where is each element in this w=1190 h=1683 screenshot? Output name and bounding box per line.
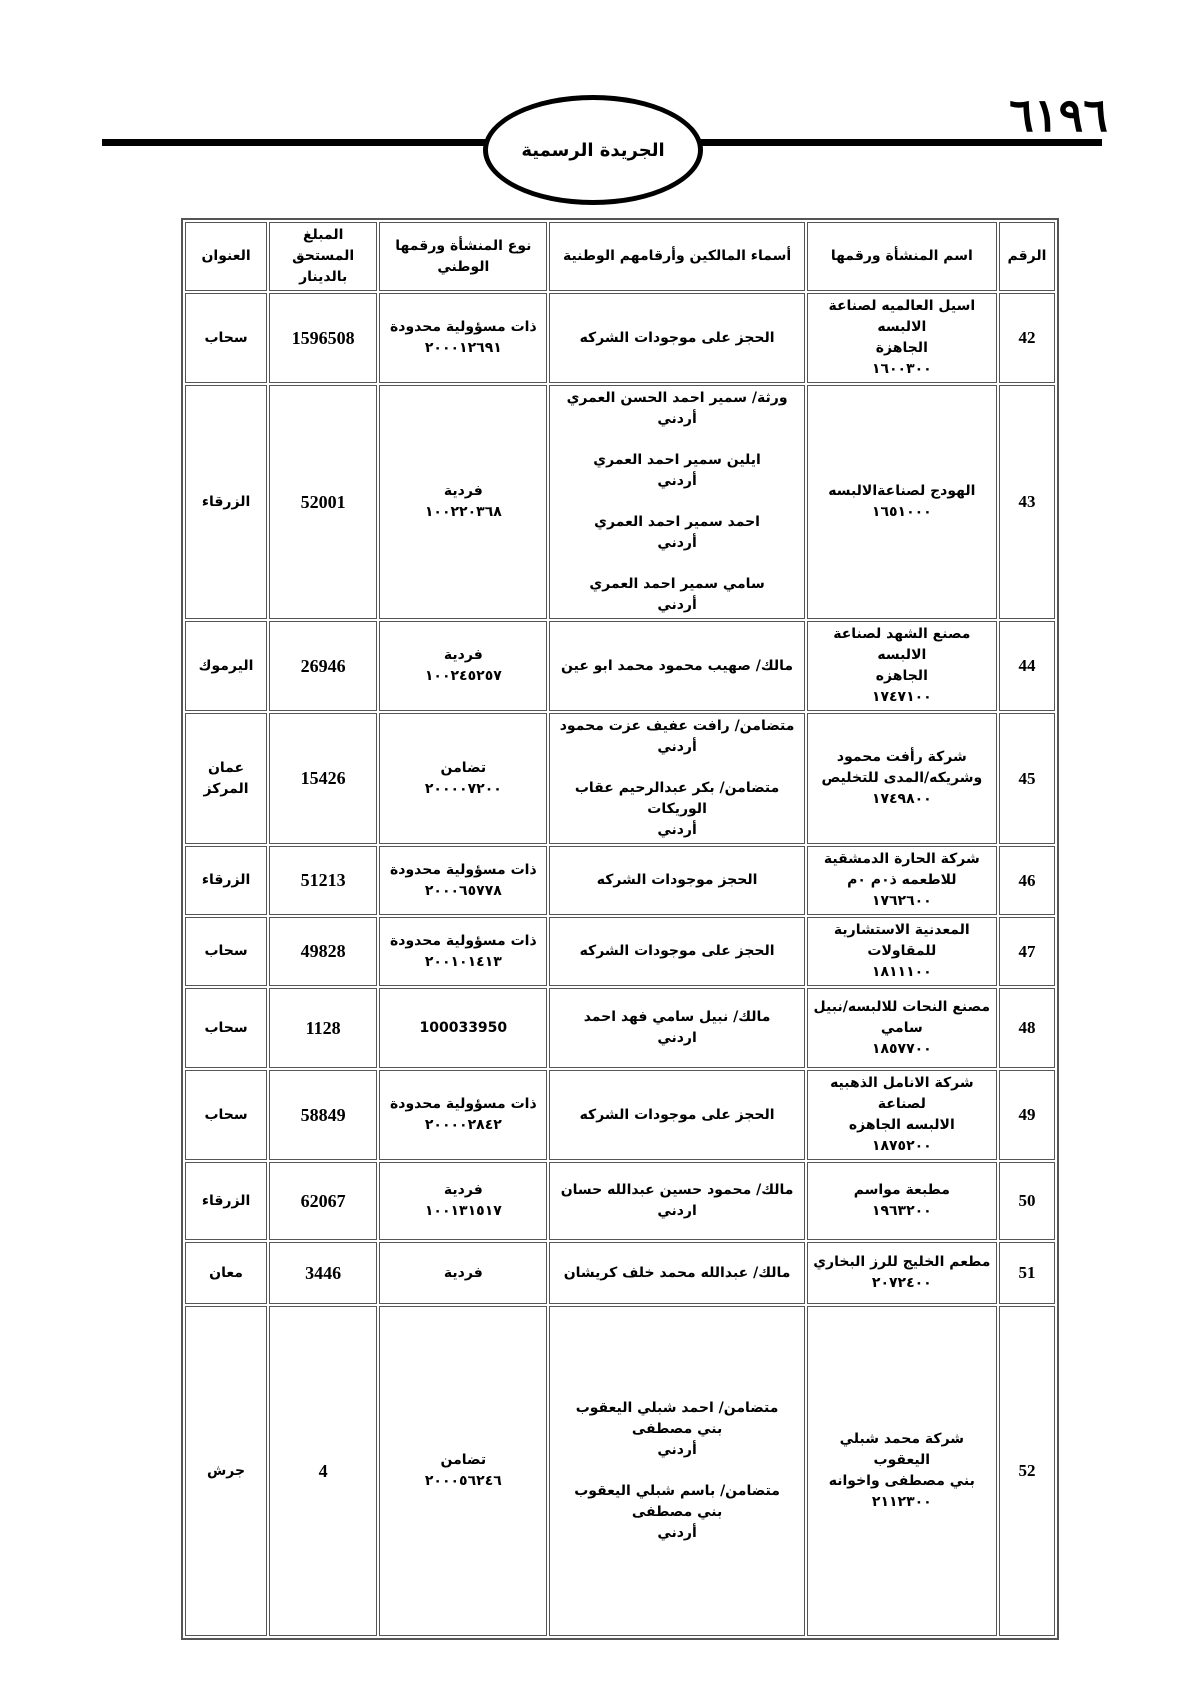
cell-line: ١٨٧٥٢٠٠: [812, 1136, 992, 1157]
row-number: 45: [999, 713, 1055, 844]
address: جرش: [185, 1306, 267, 1636]
establishment-type: تضامن٢٠٠٠٥٦٢٤٦: [379, 1306, 547, 1636]
cell-line: مالك/ نبيل سامي فهد احمد: [554, 1007, 799, 1028]
cell-line: سحاب: [190, 1105, 262, 1126]
address: الزرقاء: [185, 1162, 267, 1240]
cell-line: سامي: [812, 1018, 992, 1039]
cell-line: اردني: [554, 1028, 799, 1049]
cell-line: [554, 554, 799, 574]
cell-line: مطبعة مواسم: [812, 1180, 992, 1201]
address: معان: [185, 1242, 267, 1304]
cell-line: ٢٠٠٠٠٢٨٤٢: [384, 1115, 542, 1136]
cell-line: ورثة/ سمير احمد الحسن العمري: [554, 388, 799, 409]
establishments-table-container: الرقم اسم المنشأة ورقمها أسماء المالكين …: [181, 218, 1059, 1640]
cell-line: الزرقاء: [190, 492, 262, 513]
cell-line: الحجز على موجودات الشركه: [554, 1105, 799, 1126]
cell-line: [554, 1461, 799, 1481]
amount-due: 62067: [269, 1162, 377, 1240]
cell-line: أردني: [554, 820, 799, 841]
owners-names: مالك/ عبدالله محمد خلف كريشان: [549, 1242, 804, 1304]
establishment-name: شركة الحارة الدمشقيةللاطعمه ذ٠م ٠م١٧٦٢٦٠…: [807, 846, 997, 915]
amount-due: 1596508: [269, 293, 377, 383]
owners-names: الحجز موجودات الشركه: [549, 846, 804, 915]
cell-line: سحاب: [190, 941, 262, 962]
cell-line: اردني: [554, 1201, 799, 1222]
row-number: 43: [999, 385, 1055, 619]
cell-line: وشريكه/المدى للتخليص: [812, 768, 992, 789]
cell-line: الالبسه الجاهزه: [812, 1115, 992, 1136]
establishment-name: شركة محمد شبلي اليعقوببني مصطفى واخوانه٢…: [807, 1306, 997, 1636]
cell-line: ١٠٠٢٤٥٢٥٧: [384, 666, 542, 687]
table-row: 43الهودج لصناعةالالبسه١٦٥١٠٠٠ورثة/ سمير …: [185, 385, 1055, 619]
column-header-address: العنوان: [185, 222, 267, 291]
cell-line: ١٨١١١٠٠: [812, 962, 992, 983]
table-row: 45شركة رأفت محمودوشريكه/المدى للتخليص١٧٤…: [185, 713, 1055, 844]
table-row: 50مطبعة مواسم١٩٦٣٢٠٠مالك/ محمود حسين عبد…: [185, 1162, 1055, 1240]
address: عمانالمركز: [185, 713, 267, 844]
owners-names: الحجز على موجودات الشركه: [549, 917, 804, 986]
cell-line: تضامن: [384, 758, 542, 779]
establishment-name: شركة الانامل الذهبيه لصناعةالالبسه الجاه…: [807, 1070, 997, 1160]
cell-line: فردية: [384, 1180, 542, 1201]
cell-line: مالك/ صهيب محمود محمد ابو عين: [554, 656, 799, 677]
page-number: ٦١٩٦: [1009, 92, 1108, 138]
cell-line: ذات مسؤولية محدودة: [384, 860, 542, 881]
address: سحاب: [185, 917, 267, 986]
establishment-type: تضامن٢٠٠٠٠٧٢٠٠: [379, 713, 547, 844]
cell-line: ٢٠٠٠٦٥٧٧٨: [384, 881, 542, 902]
table-body: 42اسيل العالميه لصناعة الالبسهالجاهزة١٦٠…: [185, 293, 1055, 1636]
amount-due: 26946: [269, 621, 377, 711]
address: الزرقاء: [185, 385, 267, 619]
row-number: 51: [999, 1242, 1055, 1304]
cell-line: متضامن/ بكر عبدالرحيم عقاب الوريكات: [554, 778, 799, 820]
row-number: 48: [999, 988, 1055, 1068]
table-row: 42اسيل العالميه لصناعة الالبسهالجاهزة١٦٠…: [185, 293, 1055, 383]
cell-line: ٢٠٠٠٥٦٢٤٦: [384, 1471, 542, 1492]
column-header-amount: المبلغ المستحق بالدينار: [269, 222, 377, 291]
gazette-title: الجريدة الرسمية: [521, 140, 664, 161]
establishment-type: ذات مسؤولية محدودة٢٠٠٠٦٥٧٧٨: [379, 846, 547, 915]
cell-line: بني مصطفى واخوانه: [812, 1471, 992, 1492]
cell-line: متضامن/ احمد شبلي اليعقوب: [554, 1398, 799, 1419]
cell-line: الزرقاء: [190, 1191, 262, 1212]
establishment-name: مطبعة مواسم١٩٦٣٢٠٠: [807, 1162, 997, 1240]
amount-due: 3446: [269, 1242, 377, 1304]
cell-line: المعدنية الاستشارية: [812, 920, 992, 941]
address: اليرموك: [185, 621, 267, 711]
cell-line: سحاب: [190, 328, 262, 349]
row-number: 44: [999, 621, 1055, 711]
row-number: 49: [999, 1070, 1055, 1160]
row-number: 50: [999, 1162, 1055, 1240]
cell-line: [554, 758, 799, 778]
column-header-type: نوع المنشأة ورقمها الوطني: [379, 222, 547, 291]
cell-line: أردني: [554, 737, 799, 758]
cell-line: اسيل العالميه لصناعة الالبسه: [812, 296, 992, 338]
cell-line: معان: [190, 1263, 262, 1284]
cell-line: ٢٠٧٢٤٠٠: [812, 1273, 992, 1294]
table-row: 47المعدنية الاستشاريةللمقاولات١٨١١١٠٠الح…: [185, 917, 1055, 986]
cell-line: شركة الحارة الدمشقية: [812, 849, 992, 870]
cell-line: [554, 430, 799, 450]
owners-names: متضامن/ رافت عفيف عزت محمودأردنيمتضامن/ …: [549, 713, 804, 844]
establishment-type: ذات مسؤولية محدودة٢٠٠٠١٢٦٩١: [379, 293, 547, 383]
cell-line: تضامن: [384, 1450, 542, 1471]
cell-line: 100033950: [384, 1018, 542, 1039]
establishment-type: فردية١٠٠١٣١٥١٧: [379, 1162, 547, 1240]
row-number: 42: [999, 293, 1055, 383]
cell-line: فردية: [384, 645, 542, 666]
amount-due: 15426: [269, 713, 377, 844]
cell-line: ١٧٤٧١٠٠: [812, 687, 992, 708]
address: سحاب: [185, 988, 267, 1068]
column-header-establishment: اسم المنشأة ورقمها: [807, 222, 997, 291]
cell-line: بني مصطفى: [554, 1502, 799, 1523]
cell-line: ذات مسؤولية محدودة: [384, 931, 542, 952]
cell-line: ١٦٥١٠٠٠: [812, 502, 992, 523]
cell-line: أردني: [554, 471, 799, 492]
row-number: 52: [999, 1306, 1055, 1636]
cell-line: أردني: [554, 1523, 799, 1544]
cell-line: الحجز على موجودات الشركه: [554, 941, 799, 962]
establishment-type: فردية: [379, 1242, 547, 1304]
establishment-name: مصنع الشهد لصناعة الالبسهالجاهزه١٧٤٧١٠٠: [807, 621, 997, 711]
cell-line: مصنع الشهد لصناعة الالبسه: [812, 624, 992, 666]
establishment-type: ذات مسؤولية محدودة٢٠٠١٠١٤١٣: [379, 917, 547, 986]
establishment-type: فردية١٠٠٢٤٥٢٥٧: [379, 621, 547, 711]
cell-line: متضامن/ رافت عفيف عزت محمود: [554, 716, 799, 737]
table-header-row: الرقم اسم المنشأة ورقمها أسماء المالكين …: [185, 222, 1055, 291]
establishment-type: فردية١٠٠٢٢٠٣٦٨: [379, 385, 547, 619]
table-row: 51مطعم الخليج للرز البخاري٢٠٧٢٤٠٠مالك/ ع…: [185, 1242, 1055, 1304]
cell-line: المركز: [190, 779, 262, 800]
owners-names: مالك/ محمود حسين عبدالله حساناردني: [549, 1162, 804, 1240]
cell-line: الحجز موجودات الشركه: [554, 870, 799, 891]
cell-line: [554, 492, 799, 512]
cell-line: شركة محمد شبلي اليعقوب: [812, 1429, 992, 1471]
cell-line: ٢٠٠٠٠٧٢٠٠: [384, 779, 542, 800]
table-row: 49شركة الانامل الذهبيه لصناعةالالبسه الج…: [185, 1070, 1055, 1160]
cell-line: متضامن/ باسم شبلي اليعقوب: [554, 1481, 799, 1502]
cell-line: ١٨٥٧٧٠٠: [812, 1039, 992, 1060]
cell-line: احمد سمير احمد العمري: [554, 512, 799, 533]
cell-line: بني مصطفى: [554, 1419, 799, 1440]
owners-names: مالك/ صهيب محمود محمد ابو عين: [549, 621, 804, 711]
column-header-number: الرقم: [999, 222, 1055, 291]
establishment-type: 100033950: [379, 988, 547, 1068]
cell-line: أردني: [554, 409, 799, 430]
cell-line: ايلين سمير احمد العمري: [554, 450, 799, 471]
cell-line: ١٠٠٢٢٠٣٦٨: [384, 502, 542, 523]
owners-names: ورثة/ سمير احمد الحسن العمريأردنيايلين س…: [549, 385, 804, 619]
address: سحاب: [185, 293, 267, 383]
cell-line: ذات مسؤولية محدودة: [384, 317, 542, 338]
cell-line: أردني: [554, 595, 799, 616]
owners-names: الحجز على موجودات الشركه: [549, 293, 804, 383]
cell-line: مالك/ محمود حسين عبدالله حسان: [554, 1180, 799, 1201]
cell-line: الجاهزه: [812, 666, 992, 687]
amount-due: 1128: [269, 988, 377, 1068]
owners-names: متضامن/ احمد شبلي اليعقوببني مصطفىأردنيم…: [549, 1306, 804, 1636]
cell-line: ١٧٦٢٦٠٠: [812, 891, 992, 912]
cell-line: للمقاولات: [812, 941, 992, 962]
cell-line: مصنع النحات للالبسه/نبيل: [812, 997, 992, 1018]
amount-due: 4: [269, 1306, 377, 1636]
cell-line: ١٦٠٠٣٠٠: [812, 359, 992, 380]
cell-line: ١٠٠١٣١٥١٧: [384, 1201, 542, 1222]
cell-line: الزرقاء: [190, 870, 262, 891]
cell-line: سامي سمير احمد العمري: [554, 574, 799, 595]
establishment-name: شركة رأفت محمودوشريكه/المدى للتخليص١٧٤٩٨…: [807, 713, 997, 844]
gazette-title-oval: الجريدة الرسمية: [483, 95, 703, 205]
amount-due: 52001: [269, 385, 377, 619]
establishment-type: ذات مسؤولية محدودة٢٠٠٠٠٢٨٤٢: [379, 1070, 547, 1160]
amount-due: 51213: [269, 846, 377, 915]
cell-line: للاطعمه ذ٠م ٠م: [812, 870, 992, 891]
establishment-name: مصنع النحات للالبسه/نبيلسامي١٨٥٧٧٠٠: [807, 988, 997, 1068]
cell-line: ٢٠٠٠١٢٦٩١: [384, 338, 542, 359]
cell-line: أردني: [554, 1440, 799, 1461]
cell-line: أردني: [554, 533, 799, 554]
cell-line: شركة رأفت محمود: [812, 747, 992, 768]
cell-line: الجاهزة: [812, 338, 992, 359]
cell-line: الهودج لصناعةالالبسه: [812, 481, 992, 502]
cell-line: جرش: [190, 1461, 262, 1482]
cell-line: مالك/ عبدالله محمد خلف كريشان: [554, 1263, 799, 1284]
cell-line: فردية: [384, 1263, 542, 1284]
establishment-name: المعدنية الاستشاريةللمقاولات١٨١١١٠٠: [807, 917, 997, 986]
amount-due: 49828: [269, 917, 377, 986]
cell-line: ٢١١٢٣٠٠: [812, 1492, 992, 1513]
owners-names: الحجز على موجودات الشركه: [549, 1070, 804, 1160]
cell-line: شركة الانامل الذهبيه لصناعة: [812, 1073, 992, 1115]
establishment-name: اسيل العالميه لصناعة الالبسهالجاهزة١٦٠٠٣…: [807, 293, 997, 383]
amount-due: 58849: [269, 1070, 377, 1160]
address: الزرقاء: [185, 846, 267, 915]
cell-line: الحجز على موجودات الشركه: [554, 328, 799, 349]
cell-line: سحاب: [190, 1018, 262, 1039]
table-row: 44مصنع الشهد لصناعة الالبسهالجاهزه١٧٤٧١٠…: [185, 621, 1055, 711]
establishments-table: الرقم اسم المنشأة ورقمها أسماء المالكين …: [181, 218, 1059, 1640]
table-row: 48مصنع النحات للالبسه/نبيلسامي١٨٥٧٧٠٠مال…: [185, 988, 1055, 1068]
cell-line: اليرموك: [190, 656, 262, 677]
row-number: 47: [999, 917, 1055, 986]
cell-line: عمان: [190, 758, 262, 779]
cell-line: ١٩٦٣٢٠٠: [812, 1201, 992, 1222]
establishment-name: الهودج لصناعةالالبسه١٦٥١٠٠٠: [807, 385, 997, 619]
owners-names: مالك/ نبيل سامي فهد احمداردني: [549, 988, 804, 1068]
cell-line: ذات مسؤولية محدودة: [384, 1094, 542, 1115]
table-row: 52شركة محمد شبلي اليعقوببني مصطفى واخوان…: [185, 1306, 1055, 1636]
cell-line: ٢٠٠١٠١٤١٣: [384, 952, 542, 973]
table-row: 46شركة الحارة الدمشقيةللاطعمه ذ٠م ٠م١٧٦٢…: [185, 846, 1055, 915]
row-number: 46: [999, 846, 1055, 915]
address: سحاب: [185, 1070, 267, 1160]
establishment-name: مطعم الخليج للرز البخاري٢٠٧٢٤٠٠: [807, 1242, 997, 1304]
cell-line: مطعم الخليج للرز البخاري: [812, 1252, 992, 1273]
cell-line: فردية: [384, 481, 542, 502]
column-header-owners: أسماء المالكين وأرقامهم الوطنية: [549, 222, 804, 291]
cell-line: ١٧٤٩٨٠٠: [812, 789, 992, 810]
